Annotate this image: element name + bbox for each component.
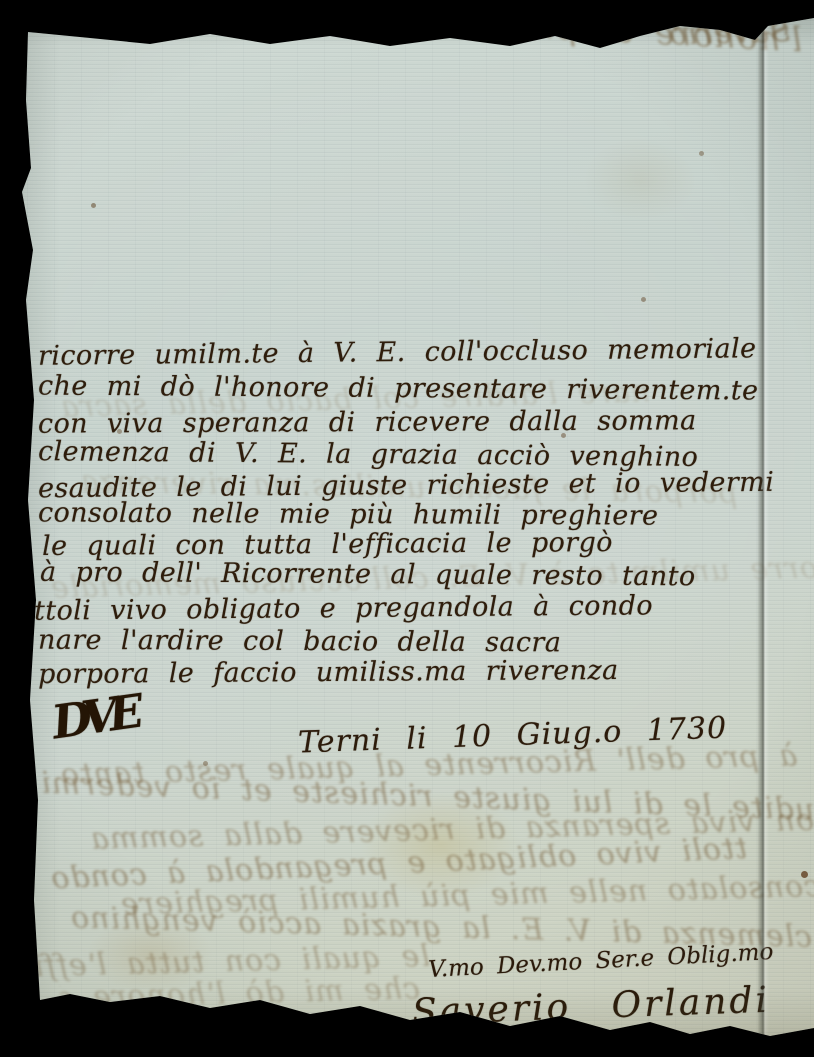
monogram-dve: DVE <box>49 684 139 749</box>
body-line: ricorre umilm.te à V. E. coll'occluso me… <box>38 334 757 372</box>
show-through-line: con viva speranza di ricevere dalla somm… <box>90 802 814 856</box>
paper-stain <box>330 770 550 920</box>
body-line: nare l'ardire col bacio della sacra <box>38 626 561 659</box>
paper-stain <box>560 120 720 240</box>
body-line: à pro dell' Ricorrente al quale resto ta… <box>40 558 696 593</box>
show-through-line: che mi dò l'honore di presentare riveren… <box>110 0 814 72</box>
paper-stain <box>60 900 240 1010</box>
valediction: V.mo Dev.mo Ser.e Oblig.mo <box>428 939 774 983</box>
fold-crease <box>757 0 769 1057</box>
scan-background: che mi dò l'honore di presentare riveren… <box>0 0 814 1057</box>
show-through-line: consolato nelle mie più humili preghiere <box>120 869 814 922</box>
date-line: Terni li 10 Giug.o 1730 <box>298 711 728 761</box>
show-through-line: che mi dò l'honore di presentare riveren… <box>60 971 421 1015</box>
body-line: con viva speranza di ricevere dalla somm… <box>38 406 697 439</box>
show-through-line: esaudite le di lui giuste richieste et i… <box>40 766 814 830</box>
fox-spots <box>0 0 3 3</box>
manuscript-sheet: che mi dò l'honore di presentare riveren… <box>0 0 814 1057</box>
show-through-line: Saverio Orlandi <box>655 14 791 53</box>
show-through-line: ttoli vivo obligato e pregandola à condo <box>50 831 748 896</box>
body-line: che mi dò l'honore di presentare riveren… <box>38 371 759 406</box>
signature: Saverio Orlandi <box>411 980 770 1033</box>
body-line: ttoli vivo obligato e pregandola à condo <box>34 591 653 626</box>
show-through-line: le quali con tutta l'efficacia le porgò <box>30 939 431 984</box>
